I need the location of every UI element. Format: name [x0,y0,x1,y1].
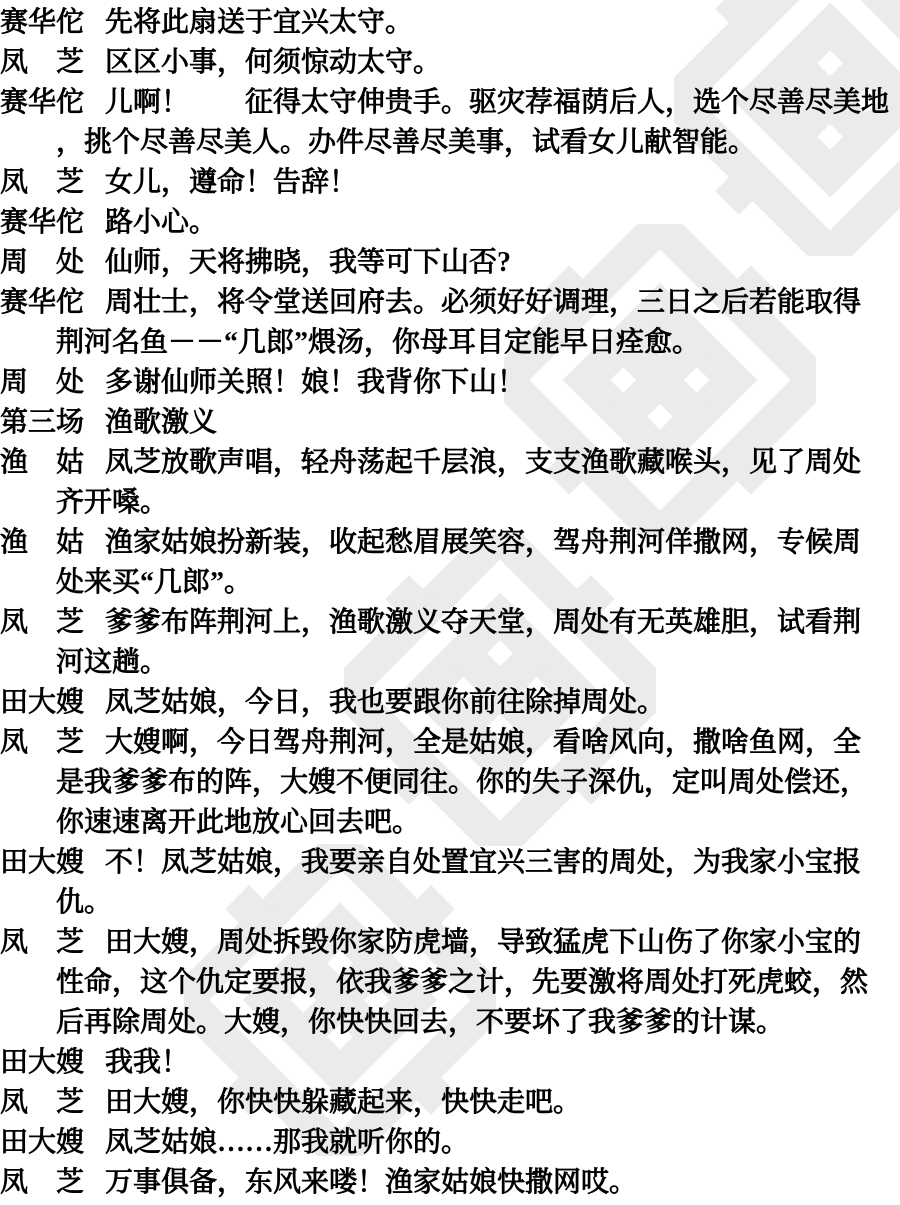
dialogue-line: 凤 芝大嫂啊，今日驾舟荆河，全是姑娘，看啥风向，撒啥鱼网，全 [0,723,900,763]
dialogue-line: 田大嫂不！凤芝姑娘，我要亲自处置宜兴三害的周处，为我家小宝报 [0,843,900,883]
dialogue-line: 齐开嗓。 [0,483,900,523]
dialogue-text: 先将此扇送于宜兴太守。 [105,7,413,38]
dialogue-text: 性命，这个仇定要报，依我爹爹之计，先要激将周处打死虎蛟，然 [56,967,868,998]
dialogue-text: 仙师，天将拂晓，我等可下山否? [105,247,511,278]
dialogue-line: 荆河名鱼－－“几郎”煨汤，你母耳目定能早日痊愈。 [0,323,900,363]
dialogue-line: 田大嫂凤芝姑娘……那我就听你的。 [0,1123,900,1163]
dialogue-text: 区区小事，何须惊动太守。 [105,47,441,78]
dialogue-text: 路小心。 [105,207,217,238]
dialogue-line: 凤 芝田大嫂，周处拆毁你家防虎墙，导致猛虎下山伤了你家小宝的 [0,923,900,963]
dialogue-text: 田大嫂，周处拆毁你家防虎墙，导致猛虎下山伤了你家小宝的 [105,927,861,958]
dialogue-text: 儿啊！ 征得太守伸贵手。驱灾荐福荫后人，选个尽善尽美地 [105,87,889,118]
speaker-name: 周 处 [0,243,84,283]
speaker-name: 凤 芝 [0,43,84,83]
dialogue-text: 处来买“几郎”。 [56,567,252,598]
dialogue-text: 后再除周处。大嫂，你快快回去，不要坏了我爹爹的计谋。 [56,1007,784,1038]
dialogue-line: ，挑个尽善尽美人。办件尽善尽美事，试看女儿献智能。 [0,123,900,163]
dialogue-line: 凤 芝万事俱备，东风来喽！渔家姑娘快撒网哎。 [0,1163,900,1203]
speaker-name: 凤 芝 [0,603,84,643]
dialogue-line: 凤 芝区区小事，何须惊动太守。 [0,43,900,83]
dialogue-line: 周 处仙师，天将拂晓，我等可下山否? [0,243,900,283]
dialogue-text: 齐开嗓。 [56,487,168,518]
dialogue-text: 多谢仙师关照！娘！我背你下山！ [105,367,525,398]
dialogue-line: 赛华佗周壮士，将令堂送回府去。必须好好调理，三日之后若能取得 [0,283,900,323]
dialogue-line: 凤 芝爹爹布阵荆河上，渔歌激义夺天堂，周处有无英雄胆，试看荆 [0,603,900,643]
dialogue-line: 凤 芝田大嫂，你快快躲藏起来，快快走吧。 [0,1083,900,1123]
scene-title-text: 渔歌激义 [105,407,217,438]
speaker-name: 田大嫂 [0,1123,84,1163]
dialogue-text: 田大嫂，你快快躲藏起来，快快走吧。 [105,1087,581,1118]
scene-heading-line: 第三场渔歌激义 [0,403,900,443]
dialogue-line: 渔 姑渔家姑娘扮新装，收起愁眉展笑容，驾舟荆河佯撒网，专候周 [0,523,900,563]
dialogue-text: 周壮士，将令堂送回府去。必须好好调理，三日之后若能取得 [105,287,861,318]
speaker-name: 赛华佗 [0,3,84,43]
speaker-name: 田大嫂 [0,1043,84,1083]
dialogue-line: 性命，这个仇定要报，依我爹爹之计，先要激将周处打死虎蛟，然 [0,963,900,1003]
scene-label: 第三场 [0,403,84,443]
dialogue-line: 渔 姑凤芝放歌声唱，轻舟荡起千层浪，支支渔歌藏喉头，见了周处 [0,443,900,483]
dialogue-text: 凤芝姑娘，今日，我也要跟你前往除掉周处。 [105,687,665,718]
speaker-name: 渔 姑 [0,523,84,563]
dialogue-line: 周 处多谢仙师关照！娘！我背你下山！ [0,363,900,403]
dialogue-text: 大嫂啊，今日驾舟荆河，全是姑娘，看啥风向，撒啥鱼网，全 [105,727,861,758]
dialogue-text: 是我爹爹布的阵，大嫂不便同往。你的失子深仇，定叫周处偿还， [56,767,868,798]
dialogue-text: 荆河名鱼－－“几郎”煨汤，你母耳目定能早日痊愈。 [56,327,700,358]
dialogue-text: 万事俱备，东风来喽！渔家姑娘快撒网哎。 [105,1167,637,1198]
speaker-name: 凤 芝 [0,923,84,963]
dialogue-text: 仇。 [56,887,112,918]
script-page: 赛华佗先将此扇送于宜兴太守。凤 芝区区小事，何须惊动太守。赛华佗儿啊！ 征得太守… [0,0,900,1205]
speaker-name: 凤 芝 [0,1083,84,1123]
dialogue-line: 后再除周处。大嫂，你快快回去，不要坏了我爹爹的计谋。 [0,1003,900,1043]
speaker-name: 赛华佗 [0,203,84,243]
script-content: 赛华佗先将此扇送于宜兴太守。凤 芝区区小事，何须惊动太守。赛华佗儿啊！ 征得太守… [0,0,900,1203]
dialogue-text: 河这趟。 [56,647,168,678]
dialogue-line: 是我爹爹布的阵，大嫂不便同往。你的失子深仇，定叫周处偿还， [0,763,900,803]
dialogue-text: 凤芝放歌声唱，轻舟荡起千层浪，支支渔歌藏喉头，见了周处 [105,447,861,478]
dialogue-line: 处来买“几郎”。 [0,563,900,603]
speaker-name: 田大嫂 [0,683,84,723]
dialogue-text: 凤芝姑娘……那我就听你的。 [105,1127,469,1158]
dialogue-text: 我我！ [105,1047,189,1078]
dialogue-text: 渔家姑娘扮新装，收起愁眉展笑容，驾舟荆河佯撒网，专候周 [105,527,861,558]
dialogue-line: 赛华佗儿啊！ 征得太守伸贵手。驱灾荐福荫后人，选个尽善尽美地 [0,83,900,123]
dialogue-text: 女儿，遵命！告辞！ [105,167,357,198]
dialogue-text: 你速速离开此地放心回去吧。 [56,807,420,838]
dialogue-text: 爹爹布阵荆河上，渔歌激义夺天堂，周处有无英雄胆，试看荆 [105,607,861,638]
dialogue-line: 河这趟。 [0,643,900,683]
speaker-name: 凤 芝 [0,723,84,763]
speaker-name: 凤 芝 [0,163,84,203]
dialogue-line: 赛华佗路小心。 [0,203,900,243]
dialogue-line: 赛华佗先将此扇送于宜兴太守。 [0,3,900,43]
dialogue-line: 田大嫂凤芝姑娘，今日，我也要跟你前往除掉周处。 [0,683,900,723]
speaker-name: 渔 姑 [0,443,84,483]
dialogue-line: 你速速离开此地放心回去吧。 [0,803,900,843]
speaker-name: 凤 芝 [0,1163,84,1203]
speaker-name: 周 处 [0,363,84,403]
dialogue-line: 田大嫂我我！ [0,1043,900,1083]
dialogue-text: 不！凤芝姑娘，我要亲自处置宜兴三害的周处，为我家小宝报 [105,847,861,878]
speaker-name: 赛华佗 [0,283,84,323]
dialogue-text: ，挑个尽善尽美人。办件尽善尽美事，试看女儿献智能。 [56,127,756,158]
dialogue-line: 仇。 [0,883,900,923]
speaker-name: 田大嫂 [0,843,84,883]
dialogue-line: 凤 芝女儿，遵命！告辞！ [0,163,900,203]
speaker-name: 赛华佗 [0,83,84,123]
